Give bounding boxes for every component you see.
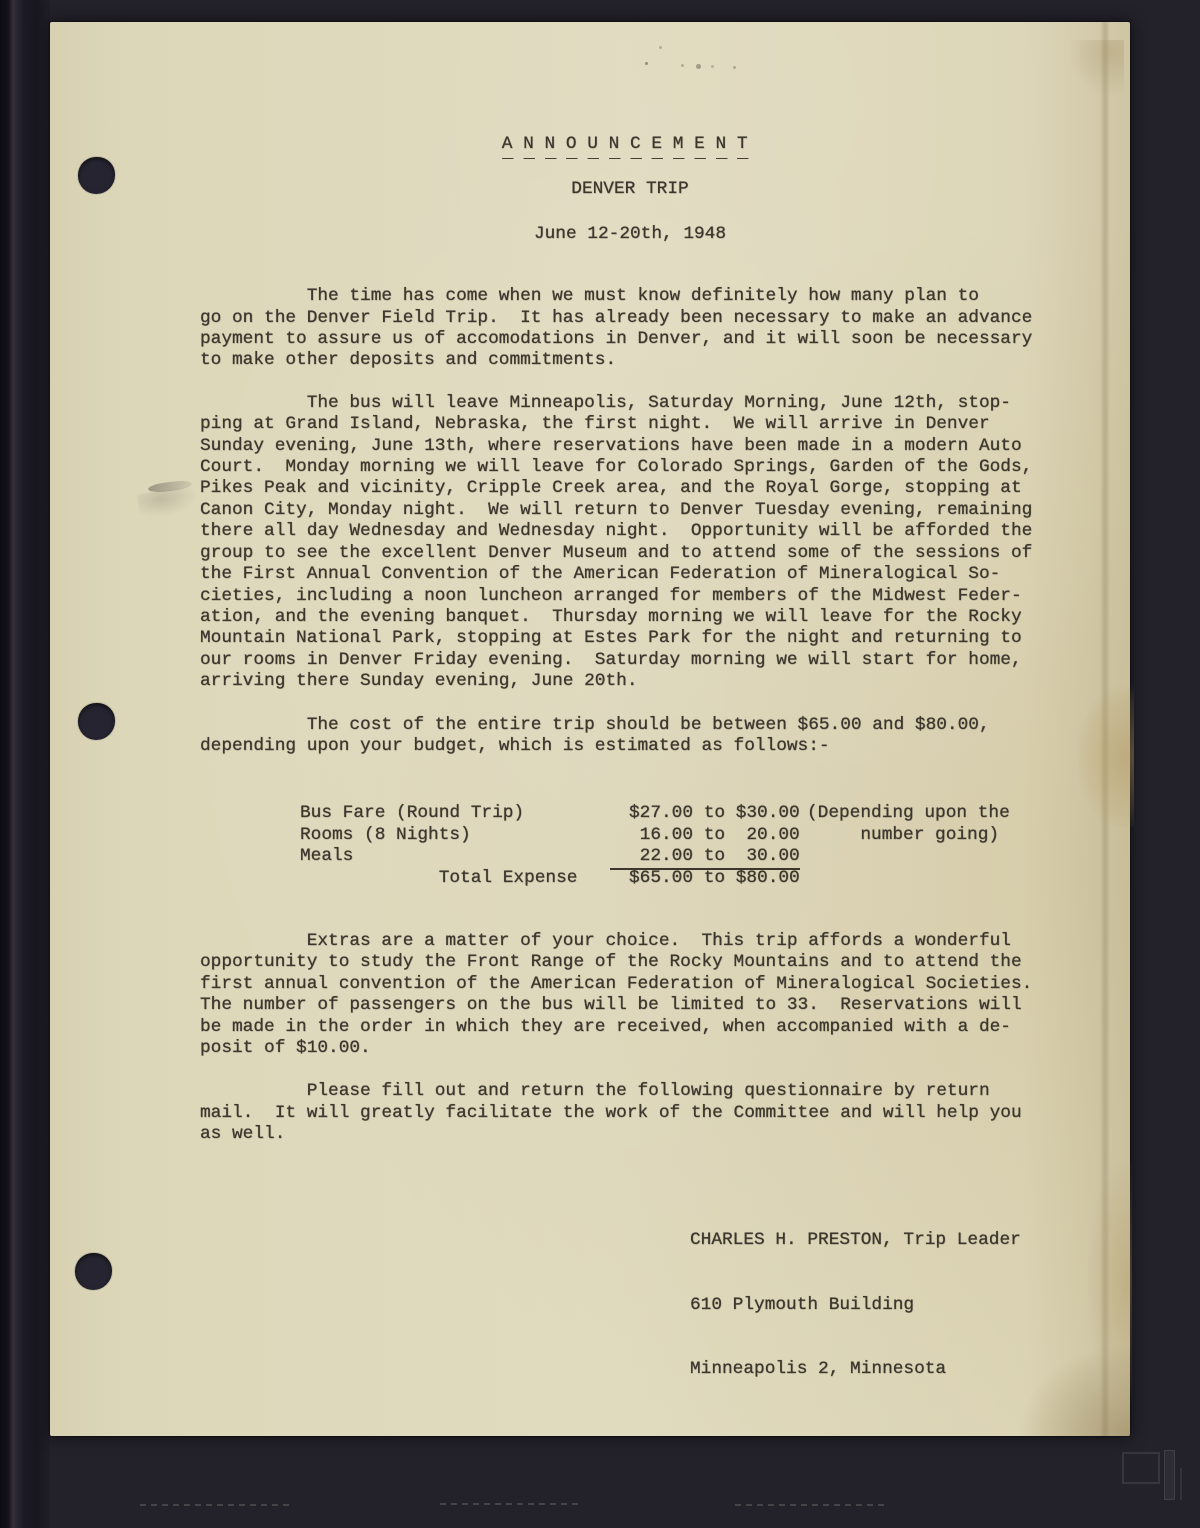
punch-hole	[75, 1253, 112, 1290]
paper-stain	[1064, 40, 1124, 100]
paragraph-cost-intro: The cost of the entire trip should be be…	[200, 715, 1060, 758]
pencil-mark	[148, 479, 193, 493]
document-page: ANNOUNCEMENT DENVER TRIP June 12-20th, 1…	[50, 22, 1130, 1436]
paragraph-itinerary: The bus will leave Minneapolis, Saturday…	[200, 393, 1060, 693]
page-title: ANNOUNCEMENT	[502, 134, 758, 159]
punch-hole	[78, 157, 115, 194]
cost-table-row-meals: Meals 22.00 to 30.00	[300, 846, 1060, 867]
signature-name: CHARLES H. PRESTON, Trip Leader	[690, 1230, 1060, 1251]
cost-item-note: number going)	[807, 825, 999, 846]
cost-table-row-bus-fare: Bus Fare (Round Trip) $27.00 to $30.00 (…	[300, 803, 1060, 824]
signature-address-1: 610 Plymouth Building	[690, 1295, 1060, 1316]
paragraph-intro: The time has come when we must know defi…	[200, 286, 1060, 372]
date-line: June 12-20th, 1948	[200, 224, 1060, 245]
cost-item-amount: 22.00 to 30.00	[610, 846, 800, 869]
cost-item-amount: 16.00 to 20.00	[610, 825, 800, 846]
scratch-mark	[440, 1503, 580, 1505]
binder-spine	[0, 0, 50, 1528]
typewritten-content: ANNOUNCEMENT DENVER TRIP June 12-20th, 1…	[200, 22, 1060, 1423]
cost-item-label: Meals	[300, 846, 610, 867]
cost-table-row-rooms: Rooms (8 Nights) 16.00 to 20.00 number g…	[300, 825, 1060, 846]
embossed-mark	[1180, 1468, 1194, 1500]
signature-block: CHARLES H. PRESTON, Trip Leader 610 Plym…	[690, 1188, 1060, 1423]
page-subtitle: DENVER TRIP	[200, 179, 1060, 200]
paper-crease	[1100, 22, 1110, 1436]
paragraph-extras: Extras are a matter of your choice. This…	[200, 931, 1060, 1059]
scan-background: ANNOUNCEMENT DENVER TRIP June 12-20th, 1…	[0, 0, 1200, 1528]
cost-item-label: Bus Fare (Round Trip)	[300, 803, 610, 824]
cost-item-amount: $27.00 to $30.00	[610, 803, 800, 824]
scratch-mark	[735, 1504, 885, 1506]
embossed-mark	[1164, 1450, 1175, 1500]
signature-address-2: Minneapolis 2, Minnesota	[690, 1359, 1060, 1380]
cost-table: Bus Fare (Round Trip) $27.00 to $30.00 (…	[300, 803, 1060, 889]
embossed-mark	[1122, 1452, 1160, 1484]
cost-item-amount: $65.00 to $80.00	[610, 868, 800, 889]
paper-stain	[1088, 1162, 1132, 1402]
scratch-mark	[140, 1504, 290, 1506]
cost-table-row-total: Total Expense $65.00 to $80.00	[300, 868, 1060, 889]
paragraph-questionnaire: Please fill out and return the following…	[200, 1081, 1060, 1145]
cost-item-label: Rooms (8 Nights)	[300, 825, 610, 846]
cost-item-note: (Depending upon the	[807, 803, 1010, 824]
punch-hole	[78, 703, 115, 740]
page-title-row: ANNOUNCEMENT	[200, 134, 1060, 159]
cost-item-label: Total Expense	[300, 868, 610, 889]
